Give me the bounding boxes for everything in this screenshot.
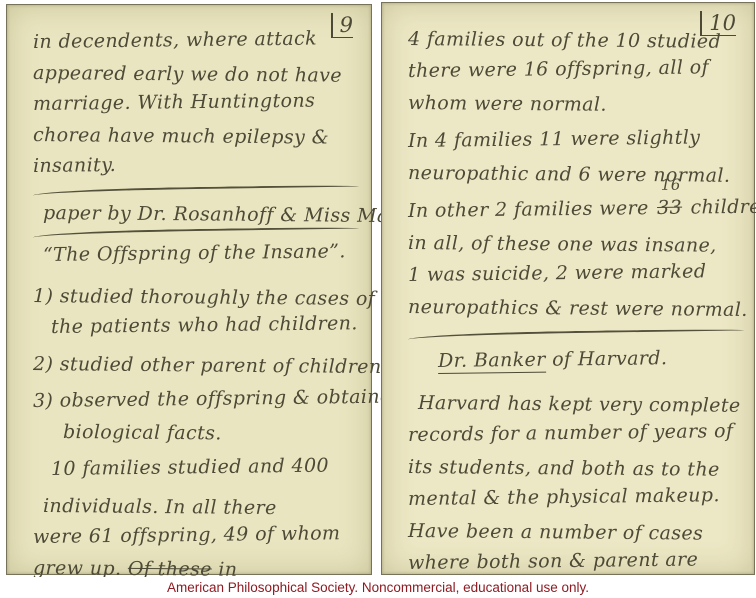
hand-drawn-divider xyxy=(408,328,744,341)
inline-correction: 1633 xyxy=(657,192,682,224)
underlined-name: Dr. Banker xyxy=(438,349,546,374)
page-left-content: in decendents, where attack appeared ear… xyxy=(7,5,371,574)
handwritten-line-with-correction: In other 2 families were 1633 children xyxy=(408,191,746,227)
correction-new-value: 16 xyxy=(661,178,681,192)
handwritten-line: in decendents, where attack xyxy=(33,23,361,58)
handwritten-line: whom were normal. xyxy=(408,87,746,122)
handwritten-line: In 4 families 11 were slightly xyxy=(408,121,746,157)
notebook-page-left: 9 in decendents, where attack appeared e… xyxy=(6,4,372,575)
handwritten-line: 1 was suicide, 2 were marked xyxy=(408,255,746,291)
handwritten-line: insanity. xyxy=(33,147,361,182)
handwritten-line: marriage. With Huntingtons xyxy=(33,85,361,120)
handwritten-line: 3) observed the offspring & obtained xyxy=(33,382,361,417)
handwritten-line: neuropathics & rest were normal. xyxy=(408,291,746,326)
handwritten-heading: Dr. Banker of Harvard. xyxy=(438,341,746,377)
handwritten-line: biological facts. xyxy=(63,417,361,451)
hand-drawn-divider xyxy=(33,184,359,197)
line-segment: In other 2 families were xyxy=(408,197,655,222)
copyright-caption: American Philosophical Society. Noncomme… xyxy=(0,577,756,595)
handwritten-line: were 61 offspring, 49 of whom xyxy=(33,518,361,553)
handwritten-quote: “The Offspring of the Insane”. xyxy=(43,236,361,271)
handwritten-line: 2) studied other parent of children xyxy=(33,349,361,383)
handwritten-heading: paper by Dr. Rosanhoff & Miss Martin xyxy=(43,198,361,232)
handwritten-line: mental & the physical makeup. xyxy=(408,479,746,515)
line-segment: children xyxy=(684,196,756,219)
correction-old-value: 33 xyxy=(657,197,682,219)
handwritten-line: neuropathic and 6 were normal. xyxy=(408,157,746,192)
page-right-content: 4 families out of the 10 studied there w… xyxy=(382,3,754,574)
handwritten-line: where both son & parent are xyxy=(408,543,746,579)
handwritten-line: 10 families studied and 400 xyxy=(51,450,361,485)
handwritten-line: there were 16 offspring, all of xyxy=(408,51,746,87)
handwritten-line: the patients who had children. xyxy=(51,308,361,343)
notebook-page-right: 10 4 families out of the 10 studied ther… xyxy=(381,2,755,575)
line-segment: of Harvard. xyxy=(546,347,668,370)
handwritten-line: records for a number of years of xyxy=(408,415,746,451)
